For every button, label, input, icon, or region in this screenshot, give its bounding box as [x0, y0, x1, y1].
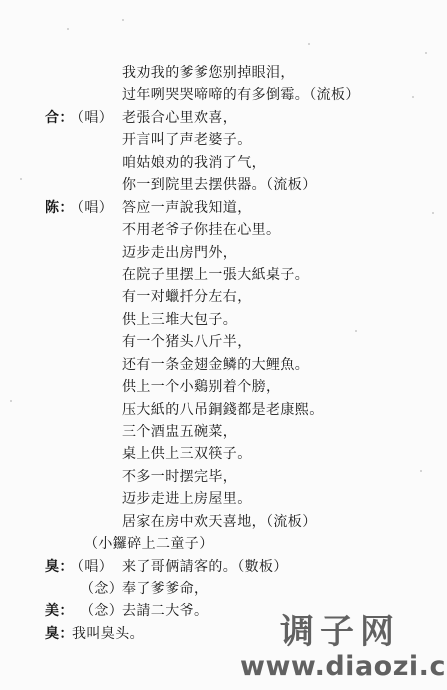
verse-text: 迈步走出房門外， — [122, 242, 237, 264]
verse-text: 有一对蠟扦分左右， — [122, 286, 252, 308]
verse-text: 我叫臭头。 — [72, 623, 144, 645]
speaker-label: 臭： — [45, 623, 74, 645]
verse-text: 有一个猪头八斤半， — [122, 331, 252, 353]
verse-text: 去請二大爷。 — [122, 600, 208, 622]
verse-text: 迈步走进上房屋里。 — [122, 488, 252, 510]
verse-text: 不用老爷子你挂在心里。 — [122, 219, 280, 241]
delivery-mode: （唱） — [70, 197, 113, 219]
watermark-url: www.diaozi.com — [240, 651, 447, 683]
scan-speck — [355, 330, 357, 332]
verse-text: 桌上供上三双筷子。 — [122, 443, 252, 465]
scan-speck — [412, 96, 414, 98]
verse-text: 开言叫了声老婆子。 — [122, 129, 252, 151]
delivery-mode: （念） — [80, 578, 123, 600]
scan-speck — [20, 178, 22, 180]
scan-speck — [10, 400, 12, 402]
scan-speck — [432, 212, 434, 214]
verse-text: 咱姑娘劝的我消了气， — [122, 152, 266, 174]
verse-text: 来了哥俩請客的。（數板） — [122, 556, 288, 578]
verse-text: 供上三堆大包子。 — [122, 309, 237, 331]
verse-text: 还有一条金翅金鳞的大鲤魚。 — [122, 354, 309, 376]
verse-text: 三个酒盅五碗菜， — [122, 421, 237, 443]
scan-speck — [122, 19, 124, 21]
scan-speck — [67, 28, 69, 30]
verse-text: 居家在房中欢天喜地，（流板） — [122, 511, 317, 533]
verse-text: 奉了爹爹命， — [122, 578, 208, 600]
verse-text: 在院子里摆上一張大紙桌子。 — [122, 264, 309, 286]
verse-text: 供上一个小鷄别着个膀， — [122, 376, 280, 398]
stage-direction: （小鑼碎上二童子） — [84, 533, 214, 555]
scan-speck — [420, 470, 422, 472]
verse-text: 我劝我的爹爹您别掉眼泪， — [122, 62, 295, 84]
watermark-title: 调子网 — [280, 612, 400, 652]
delivery-mode: （念） — [80, 600, 123, 622]
verse-text: 不多一时摆完毕， — [122, 466, 237, 488]
verse-text: 压大紙的八吊銅錢都是老康熙。 — [122, 399, 324, 421]
delivery-mode: （唱） — [70, 556, 113, 578]
verse-text: 你一到院里去摆供器。（流板） — [122, 174, 317, 196]
scanned-page: 我劝我的爹爹您别掉眼泪， 过年咧哭哭啼啼的有多倒霉。（流板） 合： （唱） 老張… — [0, 0, 447, 690]
scan-speck — [308, 43, 310, 45]
scan-speck — [425, 52, 427, 54]
speaker-label: 美： — [45, 600, 74, 622]
verse-text: 过年咧哭哭啼啼的有多倒霉。（流板） — [122, 84, 360, 106]
verse-text: 答应一声說我知道， — [122, 197, 252, 219]
delivery-mode: （唱） — [70, 107, 113, 129]
verse-text: 老張合心里欢喜， — [122, 107, 237, 129]
